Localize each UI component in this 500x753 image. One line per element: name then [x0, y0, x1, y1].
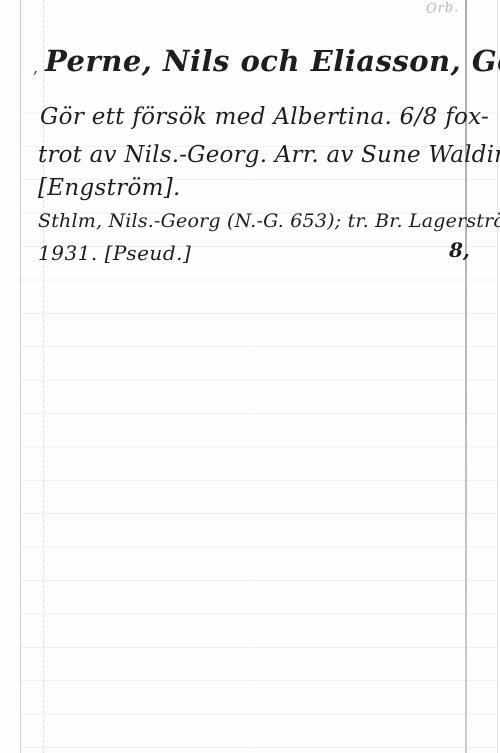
card-year-line: 1931. [Pseud.] [38, 241, 191, 265]
card-composer-line: trot av Nils.-Georg. Arr. av Sune Waldim… [38, 142, 500, 168]
page-number: 8, [449, 238, 470, 262]
pencil-annotation: Orb. [426, 0, 460, 17]
card-right-edge-line [497, 0, 498, 753]
margin-mark: , [33, 58, 38, 77]
scanned-catalog-card: Orb. , Perne, Nils och Eliasson, Georg G… [0, 0, 500, 753]
left-rule-line [20, 0, 21, 753]
card-arranger-realname-line: [Engström]. [38, 175, 181, 201]
card-title-line: Gör ett försök med Albertina. 6/8 fox- [40, 104, 489, 130]
card-publisher-line: Sthlm, Nils.-Georg (N.-G. 653); tr. Br. … [38, 210, 500, 232]
card-heading-authors: Perne, Nils och Eliasson, Georg [45, 44, 500, 78]
